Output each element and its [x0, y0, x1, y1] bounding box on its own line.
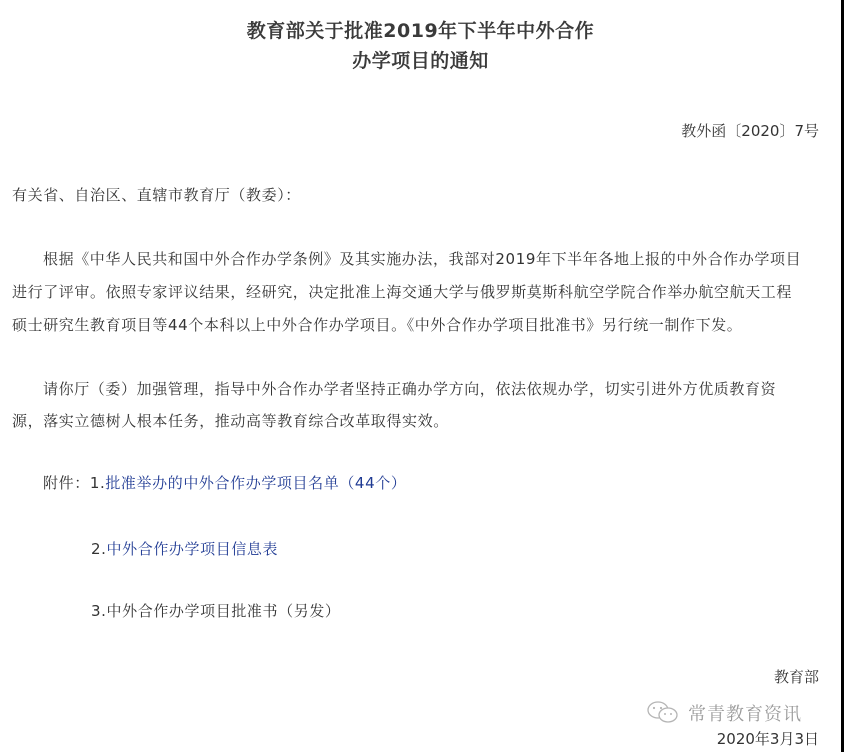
attachment-number: 3. [91, 602, 107, 620]
attachment-link-2[interactable]: 中外合作办学项目信息表 [107, 540, 279, 558]
watermark: 常青教育资讯 [646, 700, 802, 726]
attachment-number: 1. [90, 474, 106, 492]
paragraph1-line2: 进行了评审。依照专家评议结果，经研究，决定批准上海交通大学与俄罗斯莫斯科航空学院… [12, 281, 792, 302]
salutation: 有关省、自治区、直辖市教育厅（教委）： [12, 184, 301, 205]
document-page: 教育部关于批准2019年下半年中外合作 办学项目的通知 教外函〔2020〕7号 … [0, 0, 841, 752]
attachment-item-2: 2.中外合作办学项目信息表 [91, 538, 278, 559]
watermark-text: 常青教育资讯 [688, 700, 802, 726]
paragraph2-line1: 请你厅（委）加强管理，指导中外合作办学者坚持正确办学方向，依法依规办学，切实引进… [43, 378, 776, 399]
signature: 教育部 [774, 666, 819, 687]
attachment-number: 2. [91, 540, 107, 558]
paragraph1-line3: 硕士研究生教育项目等44个本科以上中外合作办学项目。《中外合作办学项目批准书》另… [12, 314, 742, 335]
attachment-text-3: 中外合作办学项目批准书（另发） [107, 602, 341, 620]
document-number: 教外函〔2020〕7号 [681, 120, 819, 141]
attachments-label: 附件： [43, 474, 90, 492]
wechat-icon [646, 700, 680, 726]
attachment-item-1: 附件：1.批准举办的中外合作办学项目名单（44个） [43, 472, 406, 493]
document-title-line2: 办学项目的通知 [0, 46, 841, 73]
paragraph1-line1: 根据《中华人民共和国中外合作办学条例》及其实施办法，我部对2019年下半年各地上… [43, 248, 801, 269]
attachment-item-3: 3.中外合作办学项目批准书（另发） [91, 600, 341, 621]
document-date: 2020年3月3日 [717, 728, 819, 749]
attachment-link-1[interactable]: 批准举办的中外合作办学项目名单（44个） [105, 474, 406, 492]
document-title-line1: 教育部关于批准2019年下半年中外合作 [0, 16, 841, 43]
paragraph2-line2: 源，落实立德树人根本任务，推动高等教育综合改革取得实效。 [12, 410, 449, 431]
